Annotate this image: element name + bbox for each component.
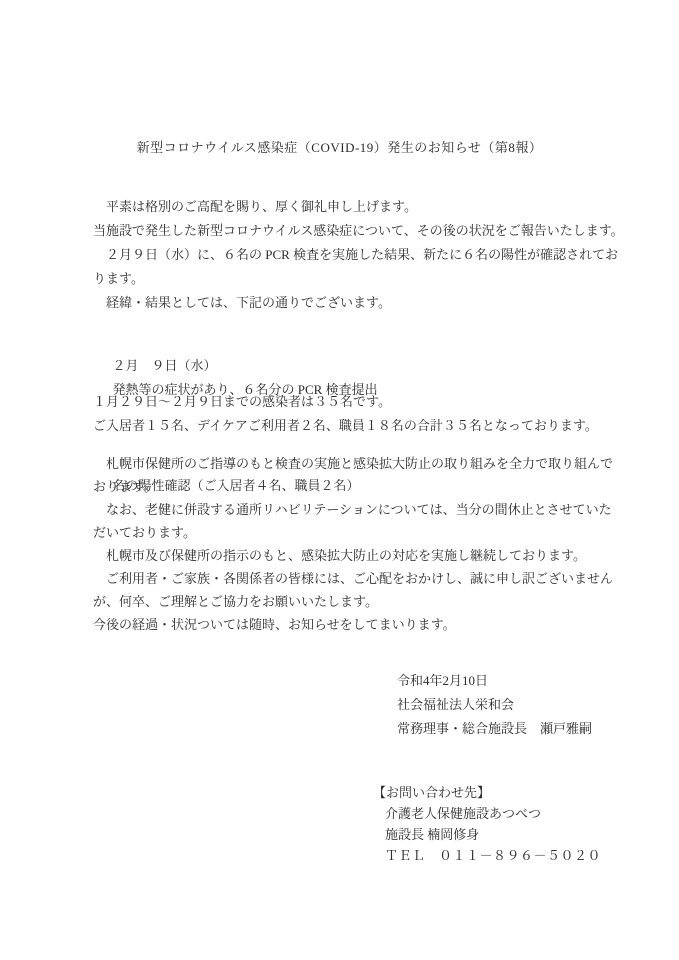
signature-block: 令和4年2月10日 社会福祉法人栄和会 常務理事・総合施設長 瀬戸雅嗣 <box>397 669 592 741</box>
greeting-paragraph: 平素は格別のご高配を賜り、厚く御礼申し上げます。 当施設で発生した新型コロナウイ… <box>93 195 603 315</box>
text-line: なお、老健に併設する通所リハビリテーションについては、当分の間休止とさせていた <box>93 498 603 521</box>
contact-heading: 【お問い合わせ先】 <box>373 782 601 803</box>
text-line: 平素は格別のご高配を賜り、厚く御礼申し上げます。 <box>93 195 603 219</box>
text-line: １月２９日～２月９日までの感染者は３５名です。 <box>93 390 603 414</box>
text-line: ります。 <box>93 267 603 291</box>
timeline-date: ２月 ９日（水） <box>113 354 225 378</box>
text-line: 札幌市及び保健所の指示のもと、感染拡大防止の対応を実施し継続しております。 <box>93 544 603 567</box>
signature-date: 令和4年2月10日 <box>397 669 592 693</box>
notice-document-page: 新型コロナウイルス感染症（COVID-19）発生のお知らせ（第8報） 平素は格別… <box>0 0 679 960</box>
signature-organization: 社会福祉法人栄和会 <box>397 693 592 717</box>
text-line: 経緯・結果としては、下記の通りでございます。 <box>93 291 603 315</box>
text-line: ２月９日（水）に、６名の PCR 検査を実施した結果、新たに６名の陽性が確認され… <box>93 243 603 267</box>
contact-tel: ＴＥＬ ０１１－８９６－５０２０ <box>373 845 601 866</box>
infection-summary: １月２９日～２月９日までの感染者は３５名です。 ご入居者１５名、デイケアご利用者… <box>93 390 603 438</box>
text-line: ご利用者・ご家族・各関係者の皆様には、ご心配をおかけし、誠に申し訳ございません <box>93 567 603 590</box>
signature-signer: 常務理事・総合施設長 瀬戸雅嗣 <box>397 717 592 741</box>
contact-facility: 介護老人保健施設あつべつ <box>373 803 601 824</box>
text-line: 当施設で発生した新型コロナウイルス感染症について、その後の状況をご報告いたします… <box>93 219 603 243</box>
text-line: 札幌市保健所のご指導のもと検査の実施と感染拡大防止の取り組みを全力で取り組んで <box>93 452 603 475</box>
contact-block: 【お問い合わせ先】 介護老人保健施設あつべつ 施設長 楠岡修身 ＴＥＬ ０１１－… <box>373 782 601 866</box>
contact-person: 施設長 楠岡修身 <box>373 824 601 845</box>
text-line: だいております。 <box>93 521 603 544</box>
text-line: おります。 <box>93 475 603 498</box>
text-line: ご入居者１５名、デイケアご利用者２名、職員１８名の合計３５名となっております。 <box>93 414 603 438</box>
text-line: 今後の経過・状況ついては随時、お知らせをしてまいります。 <box>93 613 603 636</box>
page-title: 新型コロナウイルス感染症（COVID-19）発生のお知らせ（第8報） <box>0 137 679 156</box>
measures-paragraph: 札幌市保健所のご指導のもと検査の実施と感染拡大防止の取り組みを全力で取り組んで … <box>93 452 603 636</box>
text-line: が、何卒、ご理解とご協力をお願いいたします。 <box>93 590 603 613</box>
